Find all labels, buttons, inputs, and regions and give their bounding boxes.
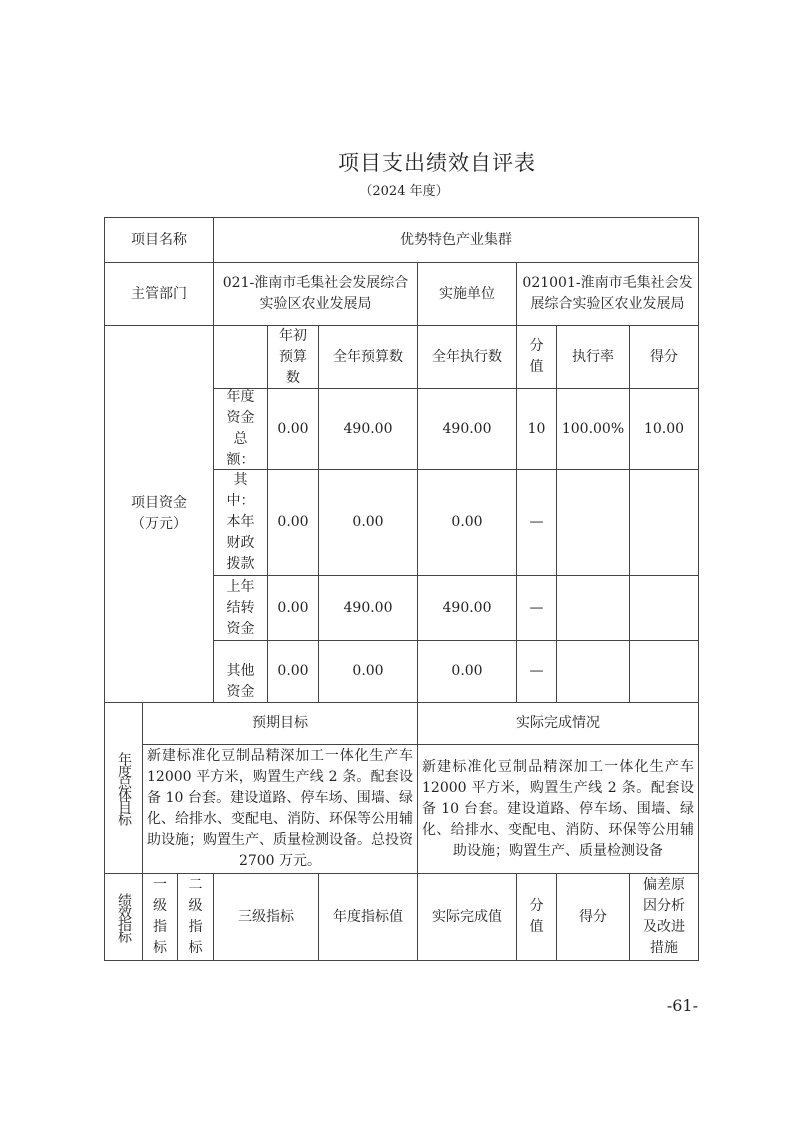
indicator-header-level3: 三级指标 [213, 873, 319, 961]
funds-row-annual: 490.00 [318, 388, 418, 470]
funds-row-score [629, 640, 699, 703]
funds-row-score-value: — [516, 640, 557, 703]
funds-row-initial: 0.00 [267, 640, 319, 703]
funds-row-score [629, 575, 699, 641]
funds-row-annual: 490.00 [318, 575, 418, 641]
actual-completion-text: 新建标准化豆制品精深加工一体化生产车 12000 平方米，购置生产线 2 条。配… [417, 744, 699, 874]
funds-header-annual: 全年预算数 [318, 325, 418, 389]
indicator-header-level1: 一级指标 [142, 873, 178, 961]
page-subtitle-year: （2024 年度） [0, 180, 794, 199]
funds-row-rate: 100.00% [556, 388, 630, 470]
funds-row-rate [556, 469, 630, 576]
indicator-header-annual-target: 年度指标值 [318, 873, 418, 961]
indicator-header-score-value: 分值 [516, 873, 557, 961]
funds-row-label: 上年结转资金 [213, 575, 268, 641]
funds-row-annual: 0.00 [318, 469, 418, 576]
page-title: 项目支出绩效自评表 [0, 147, 794, 177]
funds-row-executed: 490.00 [417, 388, 517, 470]
funds-section-label: 项目资金（万元） [104, 325, 214, 703]
funds-row-label: 其中：本年财政拨款 [213, 469, 268, 576]
funds-row-executed: 490.00 [417, 575, 517, 641]
funds-row-score-value: 10 [516, 388, 557, 470]
funds-row-annual: 0.00 [318, 640, 418, 703]
funds-header-rate: 执行率 [556, 325, 630, 389]
dept-value: 021-淮南市毛集社会发展综合实验区农业发展局 [213, 262, 418, 326]
funds-row-score [629, 469, 699, 576]
funds-row-label: 其他资金 [213, 640, 268, 703]
project-name-label: 项目名称 [104, 217, 214, 263]
funds-row-initial: 0.00 [267, 469, 319, 576]
funds-row-rate [556, 575, 630, 641]
impl-unit-value: 021001-淮南市毛集社会发展综合实验区农业发展局 [516, 262, 699, 326]
expected-goal-header: 预期目标 [142, 702, 418, 745]
funds-row-initial: 0.00 [267, 388, 319, 470]
funds-header-blank [213, 325, 268, 389]
funds-row-score: 10.00 [629, 388, 699, 470]
page-number: -61- [667, 996, 698, 1015]
funds-row-rate [556, 640, 630, 703]
project-name-value: 优势特色产业集群 [213, 217, 699, 263]
indicator-header-level2: 二级指标 [177, 873, 214, 961]
funds-header-initial: 年初预算数 [267, 325, 319, 389]
funds-row-initial: 0.00 [267, 575, 319, 641]
funds-header-score: 得分 [629, 325, 699, 389]
funds-row-score-value: — [516, 575, 557, 641]
indicator-header-deviation-analysis: 偏差原因分析及改进措施 [629, 873, 699, 961]
actual-completion-header: 实际完成情况 [417, 702, 699, 745]
funds-row-executed: 0.00 [417, 469, 517, 576]
dept-label: 主管部门 [104, 262, 214, 326]
funds-row-executed: 0.00 [417, 640, 517, 703]
funds-header-score-value: 分值 [516, 325, 557, 389]
indicator-header-score: 得分 [556, 873, 630, 961]
funds-header-executed: 全年执行数 [417, 325, 517, 389]
impl-unit-label: 实施单位 [417, 262, 517, 326]
funds-row-score-value: — [516, 469, 557, 576]
annual-goal-section-label: 年度总体目标 [104, 702, 143, 874]
indicator-header-actual-value: 实际完成值 [417, 873, 517, 961]
indicators-section-label: 绩效指标 [104, 873, 143, 961]
funds-row-label: 年度资金总额： [213, 388, 268, 470]
expected-goal-text: 新建标准化豆制品精深加工一体化生产车 12000 平方米，购置生产线 2 条。配… [142, 744, 418, 874]
